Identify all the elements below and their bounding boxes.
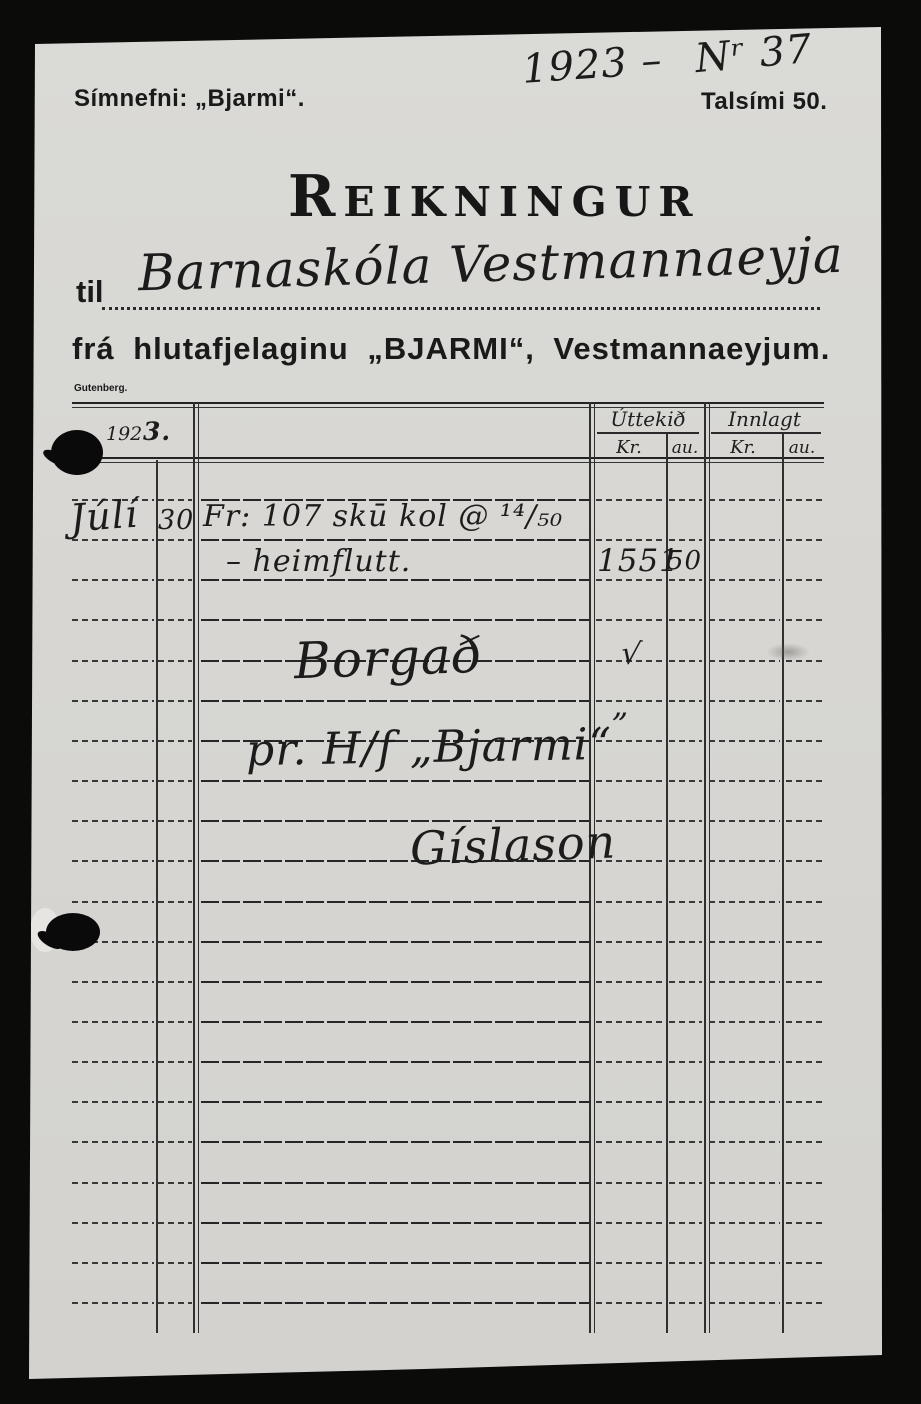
ruled-line-segment: [158, 740, 192, 742]
innlagt-au-label: au.: [782, 438, 822, 458]
ruled-line-segment: [709, 1182, 780, 1184]
ruled-line-segment: [669, 1262, 702, 1264]
ruled-line-segment: [669, 539, 702, 541]
title-initial-cap: R: [288, 163, 343, 230]
ruled-line-segment: [158, 780, 192, 782]
ruled-line-segment: [201, 700, 589, 702]
entry-description-line2: – heimflutt.: [226, 544, 411, 579]
ruled-line-segment: [709, 1061, 780, 1063]
ruled-line-segment: [786, 1222, 822, 1224]
ruled-line-segment: [596, 1302, 664, 1304]
ruled-line-segment: [669, 740, 702, 742]
ruled-line-segment: [201, 981, 589, 983]
ruled-line-segment: [158, 499, 192, 501]
table-divider-date-desc: [193, 402, 199, 1333]
ruled-line-segment: [786, 740, 822, 742]
ruled-line-segment: [596, 579, 664, 581]
ruled-line-segment: [709, 901, 780, 903]
ruled-line-segment: [72, 1182, 154, 1184]
ruled-line-segment: [158, 1262, 192, 1264]
ruled-line-segment: [709, 981, 780, 983]
issuer-line: frá hlutafjelaginu „BJARMI“, Vestmannaey…: [72, 331, 830, 367]
ruled-line-segment: [709, 820, 780, 822]
ruled-line-segment: [669, 1182, 702, 1184]
ruled-line-segment: [669, 860, 702, 862]
ruled-line-segment: [596, 1141, 664, 1143]
ruled-line-segment: [786, 1061, 822, 1063]
ruled-line-segment: [786, 1302, 822, 1304]
ruled-line-segment: [669, 660, 702, 662]
ruled-line-segment: [201, 619, 589, 621]
ruled-line-segment: [786, 539, 822, 541]
ruled-line-segment: [158, 1141, 192, 1143]
ruled-line-segment: [709, 860, 780, 862]
ruled-line-segment: [709, 1141, 780, 1143]
ruled-line-segment: [709, 700, 780, 702]
ruled-line-segment: [786, 700, 822, 702]
uttekid-au-label: au.: [666, 438, 704, 458]
paid-note: Borgað: [293, 626, 484, 691]
ruled-line-segment: [596, 780, 664, 782]
signature: Gíslason: [409, 814, 617, 875]
ruled-line-segment: [669, 499, 702, 501]
invoice-paper-sheet: 1923 – Nʳ 37 Símnefni: „Bjarmi“. Talsími…: [0, 0, 921, 1404]
pencil-smudge: [766, 643, 810, 661]
innlagt-underline: [711, 432, 821, 434]
column-innlagt: Innlagt: [707, 407, 822, 431]
ruled-line-segment: [72, 1021, 154, 1023]
ruled-line-segment: [596, 1182, 664, 1184]
ruled-line-segment: [709, 579, 780, 581]
ruled-line-segment: [72, 619, 154, 621]
paid-by-note: pr. H/f „Bjarmi“: [246, 719, 613, 776]
scanned-document: 1923 – Nʳ 37 Símnefni: „Bjarmi“. Talsími…: [0, 0, 921, 1404]
ruled-line-segment: [596, 499, 664, 501]
ruled-line-segment: [709, 780, 780, 782]
ruled-line-segment: [201, 1262, 589, 1264]
column-uttekid: Úttekið: [592, 407, 704, 431]
table-divider-uttekid-innlagt: [704, 402, 710, 1333]
ink-dot: [27, 449, 33, 455]
ruled-line-segment: [158, 1101, 192, 1103]
ruled-line-segment: [669, 941, 702, 943]
ruled-line-segment: [596, 981, 664, 983]
ruled-line-segment: [158, 539, 192, 541]
uttekid-underline: [597, 432, 699, 434]
ruled-line-segment: [158, 1222, 192, 1224]
ruled-line-segment: [72, 1101, 154, 1103]
to-label: til: [76, 274, 104, 310]
ruled-line-segment: [709, 1222, 780, 1224]
ruled-line-segment: [596, 1262, 664, 1264]
uttekid-kr-label: Kr.: [592, 437, 666, 458]
ruled-line-segment: [158, 860, 192, 862]
ruled-line-segment: [709, 539, 780, 541]
ruled-line-segment: [596, 619, 664, 621]
ruled-line-segment: [786, 619, 822, 621]
ruled-line-segment: [201, 579, 589, 581]
ruled-line-segment: [786, 1101, 822, 1103]
phone-number: Talsími 50.: [701, 88, 827, 116]
ruled-line-segment: [72, 1262, 154, 1264]
ruled-line-segment: [72, 780, 154, 782]
ruled-line-segment: [72, 820, 154, 822]
ruled-line-segment: [72, 1302, 154, 1304]
ruled-line-segment: [201, 1101, 589, 1103]
ruled-line-segment: [158, 901, 192, 903]
ruled-line-segment: [669, 780, 702, 782]
ruled-line-segment: [72, 740, 154, 742]
ruled-line-segment: [669, 1101, 702, 1103]
ruled-line-segment: [158, 619, 192, 621]
ruled-line-segment: [596, 941, 664, 943]
ruled-line-segment: [709, 619, 780, 621]
handwritten-year: 1923 –: [521, 37, 664, 93]
ruled-line-segment: [709, 1101, 780, 1103]
audit-checkmark: √: [619, 635, 645, 674]
ruled-line-segment: [669, 579, 702, 581]
ruled-line-segment: [72, 660, 154, 662]
recipient-underline: [102, 303, 820, 310]
ruled-line-segment: [72, 1222, 154, 1224]
ruled-line-segment: [72, 700, 154, 702]
ruled-line-segment: [201, 1021, 589, 1023]
ruled-line-segment: [596, 700, 664, 702]
ruled-line-segment: [201, 941, 589, 943]
ruled-line-segment: [72, 1141, 154, 1143]
title-rest: EIKNINGUR: [343, 178, 700, 226]
recipient-handwritten: Barnaskóla Vestmannaeyja: [137, 226, 844, 302]
ruled-line-segment: [669, 981, 702, 983]
entry-day: 30: [158, 505, 194, 536]
ruled-line-segment: [669, 1141, 702, 1143]
ruled-line-segment: [596, 1061, 664, 1063]
ruled-line-segment: [201, 1141, 589, 1143]
year-printed: 192: [106, 423, 142, 445]
ruled-line-segment: [72, 901, 154, 903]
handwritten-invoice-number: Nʳ 37: [693, 26, 814, 82]
ruled-line-segment: [786, 981, 822, 983]
ruled-line-segment: [158, 700, 192, 702]
entry-amount-au: 50: [667, 546, 702, 576]
ruled-line-segment: [709, 1302, 780, 1304]
printer-mark: Gutenberg.: [74, 383, 127, 394]
ruled-line-segment: [158, 579, 192, 581]
ruled-line-segment: [786, 579, 822, 581]
entry-month: Júlí: [69, 492, 140, 541]
ruled-line-segment: [669, 820, 702, 822]
ruled-line-segment: [786, 1262, 822, 1264]
innlagt-kr-label: Kr.: [704, 437, 782, 458]
ruled-line-segment: [158, 1182, 192, 1184]
ruled-line-segment: [201, 1061, 589, 1063]
ruled-line-segment: [669, 619, 702, 621]
ruled-line-segment: [596, 539, 664, 541]
ruled-line-segment: [596, 1021, 664, 1023]
ruled-line-segment: [158, 820, 192, 822]
ruled-line-segment: [596, 1101, 664, 1103]
ditto-mark: „: [612, 686, 630, 724]
ruled-line-segment: [72, 1061, 154, 1063]
ruled-line-segment: [786, 1182, 822, 1184]
ruled-line-segment: [158, 941, 192, 943]
ruled-line-segment: [201, 1182, 589, 1184]
ruled-line-segment: [72, 981, 154, 983]
ruled-line-segment: [669, 700, 702, 702]
ruled-line-segment: [72, 860, 154, 862]
table-divider-innlagt-kr-au: [782, 433, 784, 1333]
ruled-line-segment: [709, 499, 780, 501]
ruled-line-segment: [786, 901, 822, 903]
ruled-line-segment: [669, 901, 702, 903]
ruled-line-segment: [201, 901, 589, 903]
ruled-line-segment: [201, 780, 589, 782]
ruled-line-segment: [786, 1141, 822, 1143]
ruled-line-segment: [201, 1222, 589, 1224]
ruled-line-segment: [786, 780, 822, 782]
cable-address: Símnefni: „Bjarmi“.: [74, 85, 305, 113]
year-handwritten: 3.: [143, 417, 171, 446]
ruled-line-segment: [709, 1021, 780, 1023]
ruled-line-segment: [158, 1021, 192, 1023]
ruled-line-segment: [72, 579, 154, 581]
ruled-line-segment: [786, 1021, 822, 1023]
ruled-line-segment: [596, 901, 664, 903]
ruled-line-segment: [158, 1061, 192, 1063]
ruled-line-segment: [669, 1061, 702, 1063]
ruled-line-segment: [786, 941, 822, 943]
table-divider-month-day: [156, 460, 158, 1333]
ruled-line-segment: [201, 539, 589, 541]
ruled-line-segment: [158, 981, 192, 983]
ruled-line-segment: [596, 1222, 664, 1224]
ruled-line-segment: [669, 1302, 702, 1304]
ruled-line-segment: [158, 660, 192, 662]
entry-description-line1: Fr: 107 skū kol @ ¹⁴/₅₀: [203, 499, 563, 534]
ruled-line-segment: [669, 1222, 702, 1224]
ruled-line-segment: [201, 1302, 589, 1304]
document-title: REIKNINGUR: [288, 163, 700, 230]
ruled-line-segment: [669, 1021, 702, 1023]
ruled-line-segment: [158, 1302, 192, 1304]
ruled-line-segment: [709, 941, 780, 943]
ruled-line-segment: [709, 1262, 780, 1264]
ruled-line-segment: [709, 740, 780, 742]
ruled-line-segment: [786, 820, 822, 822]
ruled-line-segment: [786, 499, 822, 501]
ruled-line-segment: [786, 860, 822, 862]
